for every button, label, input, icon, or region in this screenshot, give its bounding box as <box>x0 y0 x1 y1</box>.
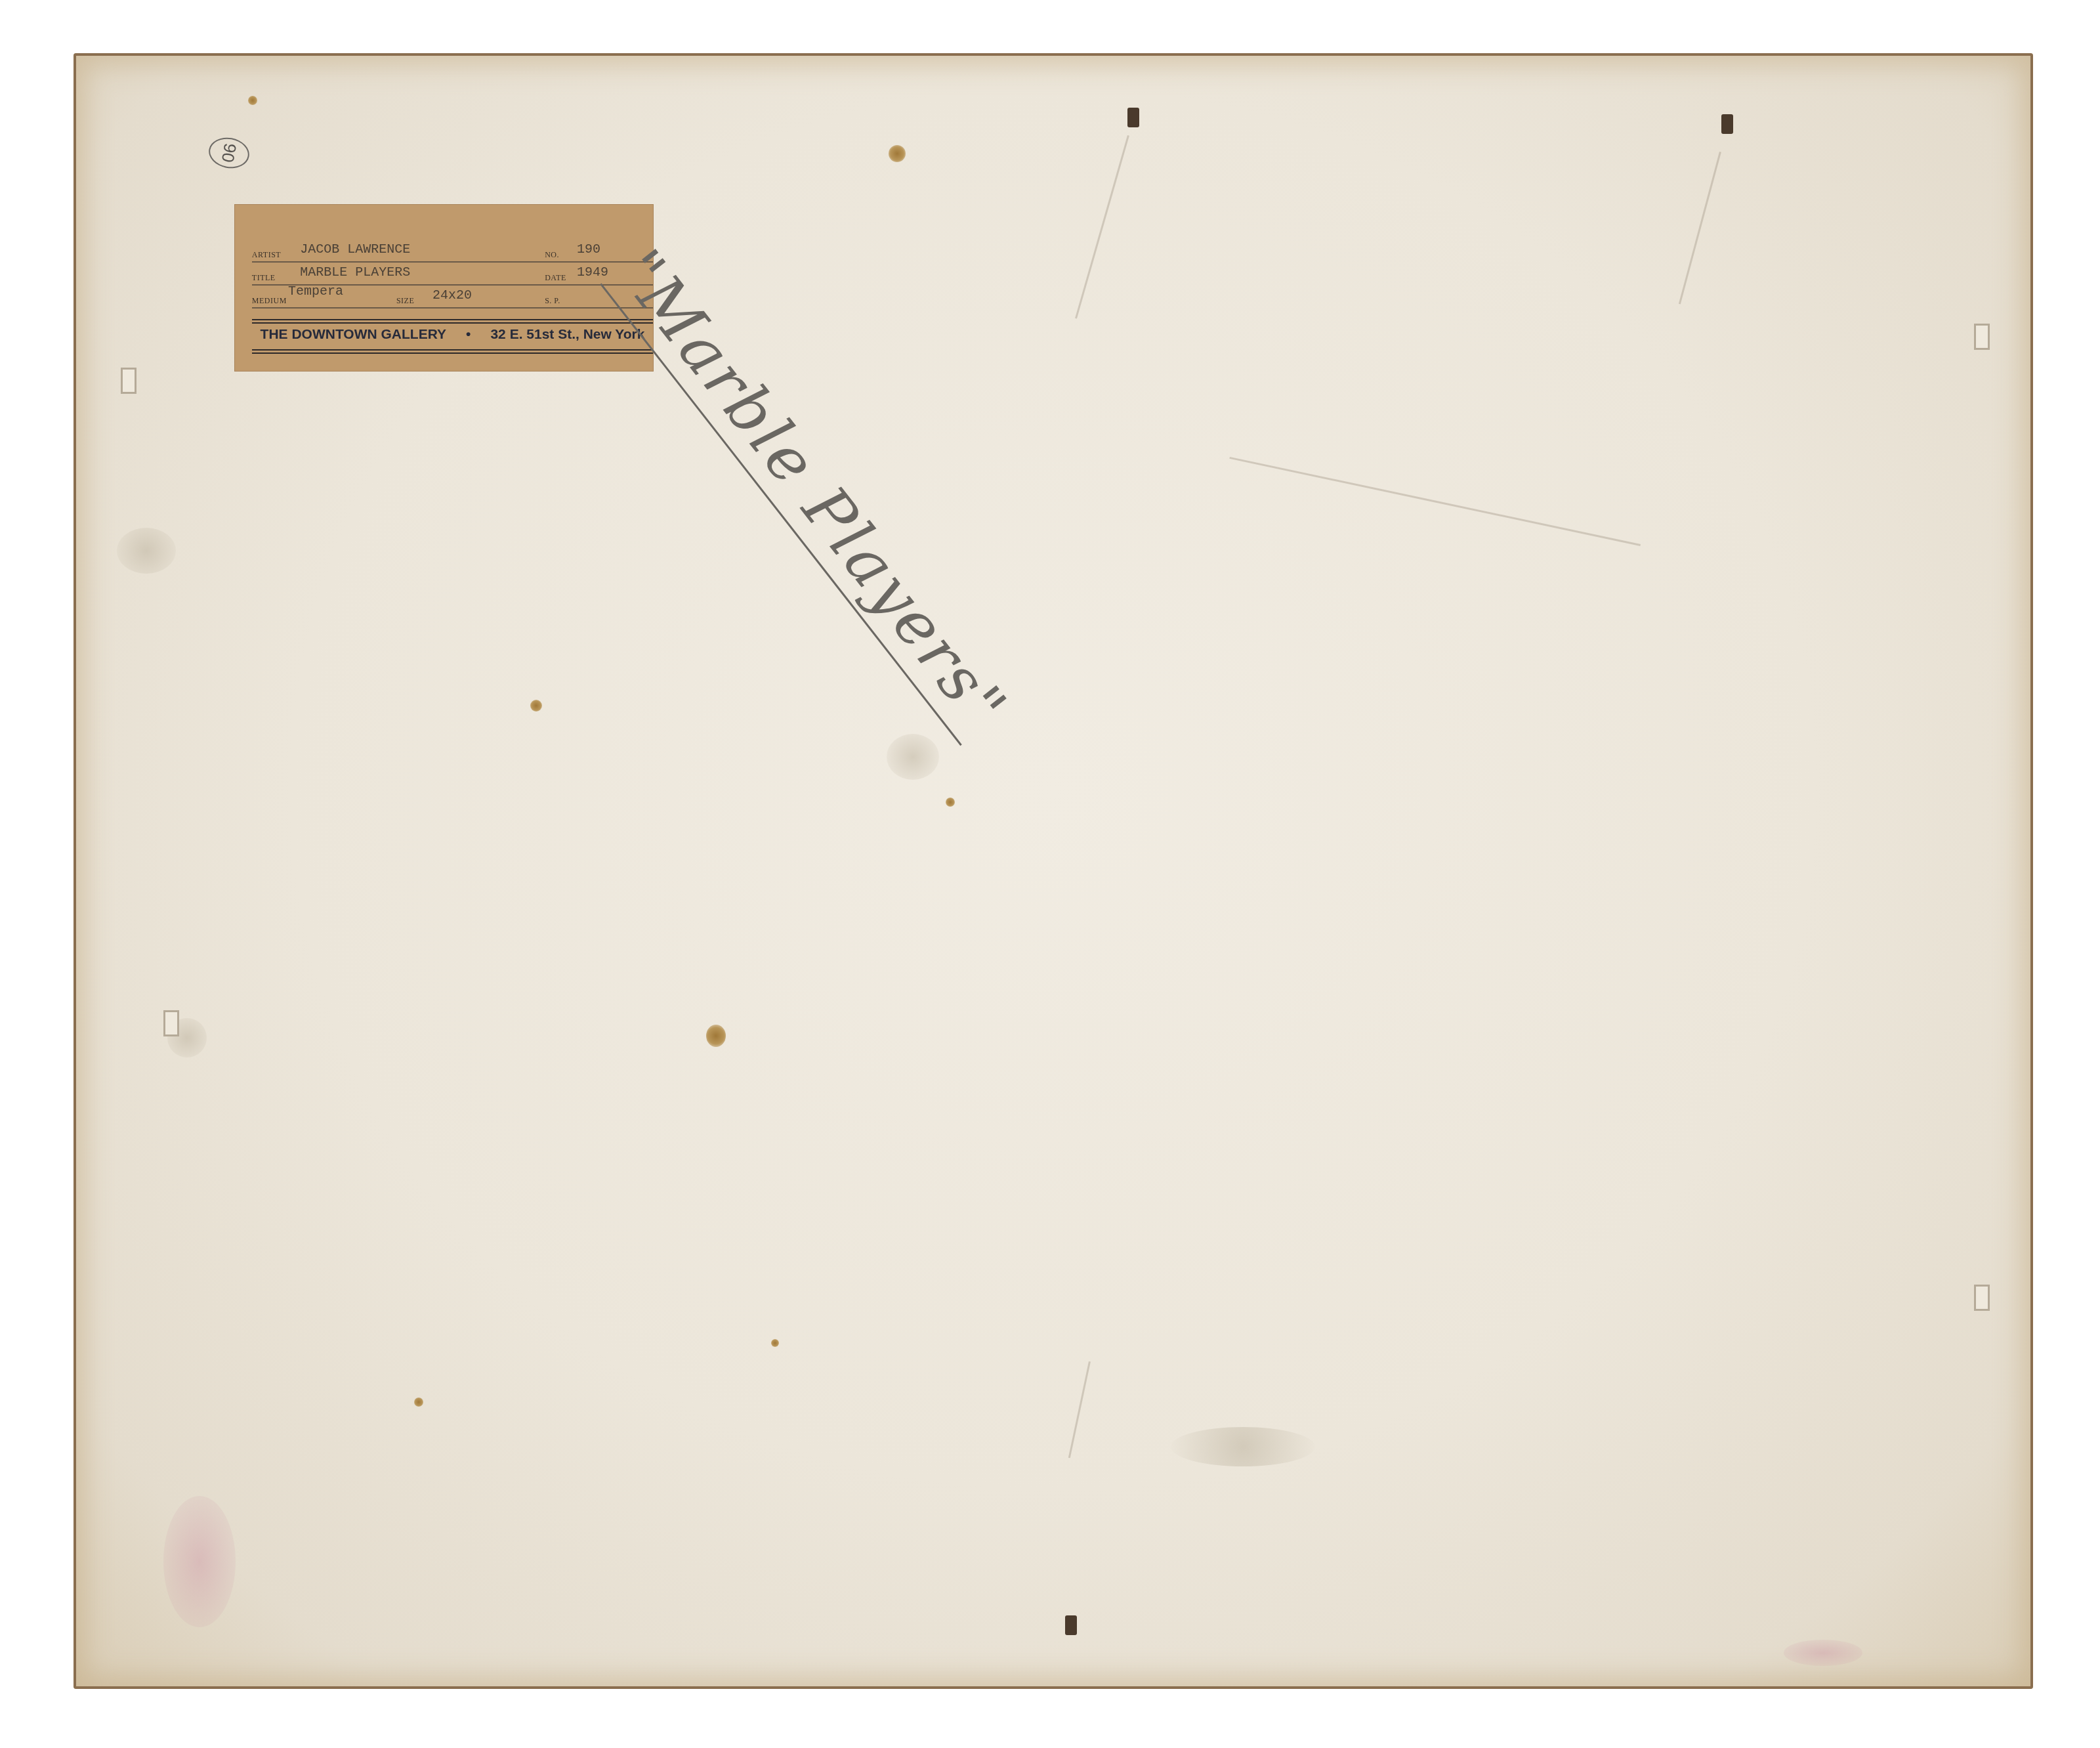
bullet-separator: • <box>466 327 471 343</box>
medium-caption: MEDIUM <box>252 296 287 306</box>
date-value: 1949 <box>577 265 608 280</box>
label-rule <box>252 349 653 351</box>
stain <box>1171 1427 1315 1466</box>
stain <box>163 1496 236 1627</box>
artist-caption: ARTIST <box>252 250 281 260</box>
staple-mark <box>1974 324 1990 350</box>
size-caption: SIZE <box>396 296 414 306</box>
gallery-footer: THE DOWNTOWN GALLERY • 32 E. 51st St., N… <box>261 324 645 346</box>
staple-mark <box>163 1010 179 1036</box>
metal-hook <box>1127 108 1139 127</box>
label-row-artist: ARTIST JACOB LAWRENCE NO. 190 <box>252 238 653 262</box>
pencil-streak <box>1230 457 1641 546</box>
label-row-title: TITLE MARBLE PLAYERS DATE 1949 <box>252 261 653 286</box>
gallery-address: 32 E. 51st St., New York <box>490 327 644 343</box>
label-rule <box>252 319 653 320</box>
stain <box>706 1025 726 1047</box>
staple-mark <box>121 368 136 394</box>
circled-number-text: 06 <box>218 142 241 164</box>
metal-hook <box>1721 114 1733 134</box>
sp-caption: S. P. <box>545 296 560 306</box>
number-value: 190 <box>577 242 600 257</box>
stain <box>771 1339 779 1347</box>
stain <box>117 528 176 574</box>
gallery-name: THE DOWNTOWN GALLERY <box>261 327 446 343</box>
stain <box>889 145 906 162</box>
title-value: MARBLE PLAYERS <box>300 265 410 280</box>
medium-value: Tempera <box>288 284 343 299</box>
stain <box>248 96 257 105</box>
stain <box>530 700 542 712</box>
metal-hook <box>1065 1615 1077 1635</box>
size-value: 24x20 <box>432 288 472 303</box>
pencil-streak <box>1068 1361 1090 1458</box>
pencil-streak <box>1679 152 1721 305</box>
stain <box>946 798 955 807</box>
date-caption: DATE <box>545 273 566 283</box>
label-rule <box>252 352 653 354</box>
artist-value: JACOB LAWRENCE <box>300 242 410 257</box>
stain <box>1784 1640 1862 1666</box>
staple-mark <box>1974 1285 1990 1311</box>
gallery-label: ARTIST JACOB LAWRENCE NO. 190 TITLE MARB… <box>235 205 653 371</box>
label-row-medium: MEDIUM Tempera SIZE 24x20 S. P. <box>252 284 653 309</box>
stain <box>414 1397 423 1407</box>
stain <box>887 734 939 780</box>
number-caption: NO. <box>545 250 559 260</box>
pencil-streak <box>1075 135 1129 319</box>
title-caption: TITLE <box>252 273 276 283</box>
